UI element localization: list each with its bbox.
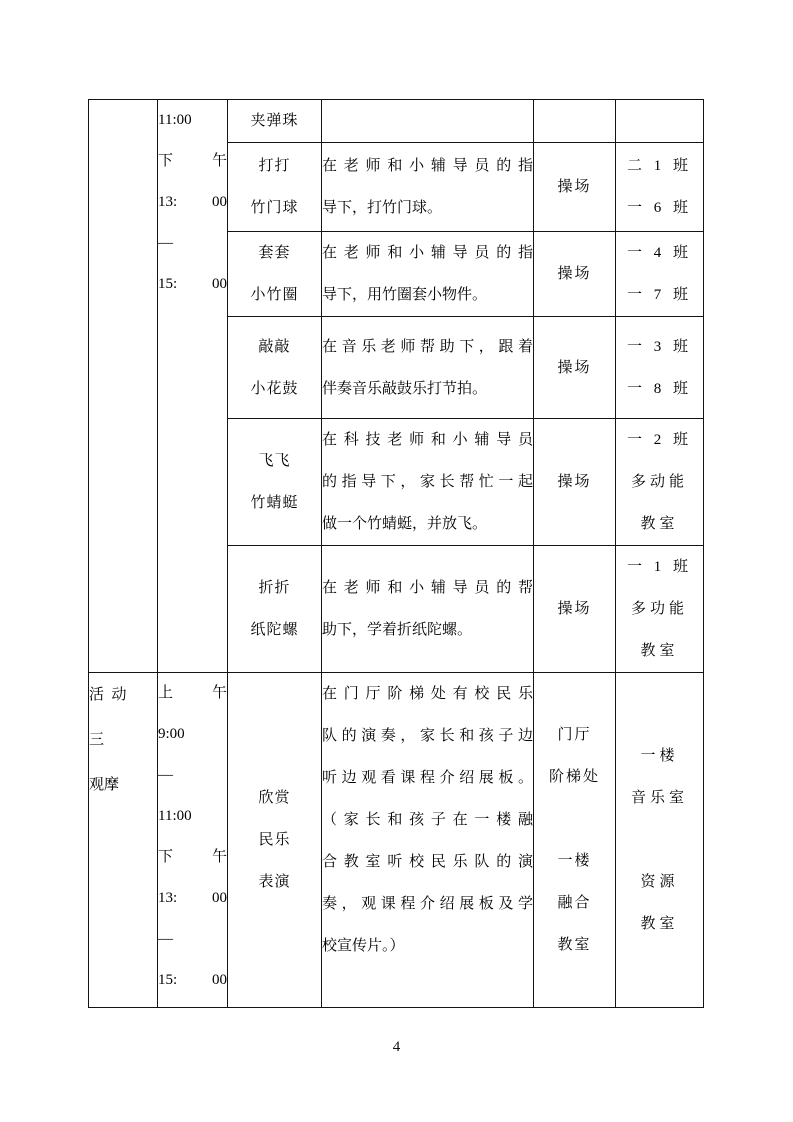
activity-label-cell — [89, 100, 158, 673]
location-text: 操场 — [534, 461, 615, 503]
table-row: 活 动三观摩 上 午9:00—11:00下 午13: 00—15: 00 欣赏民… — [89, 673, 704, 1008]
description-text: 在音乐老师帮助下，跟着伴奏音乐敲鼓乐打节拍。 — [322, 326, 533, 410]
table-row: 11:00下 午13: 00—15: 00 夹弹珠 — [89, 100, 704, 143]
description-cell: 在门厅阶梯处有校民乐队的演奏，家长和孩子边听边观看课程介绍展板。（家长和孩子在一… — [322, 673, 534, 1008]
item-name-text: 夹弹珠 — [228, 100, 321, 142]
location-cell: 操场 — [534, 317, 616, 419]
item-name-text: 敲敲小花鼓 — [228, 326, 321, 410]
location-cell — [534, 100, 616, 143]
classes-cell: 一 3 班一 8 班 — [616, 317, 704, 419]
classes-text: 一 1 班多功能教室 — [616, 546, 703, 672]
classes-cell — [616, 100, 704, 143]
classes-text: 二 1 班一 6 班 — [616, 145, 703, 229]
page-number: 4 — [0, 1038, 793, 1056]
description-cell: 在音乐老师帮助下，跟着伴奏音乐敲鼓乐打节拍。 — [322, 317, 534, 419]
description-text: 在老师和小辅导员的帮助下，学着折纸陀螺。 — [322, 567, 533, 651]
description-cell: 在科技老师和小辅导员的指导下，家长帮忙一起做一个竹蜻蜓，并放飞。 — [322, 419, 534, 546]
item-name-cell: 套套小竹圈 — [228, 232, 322, 317]
location-text: 门厅阶梯处一楼融合教室 — [534, 714, 615, 966]
description-cell — [322, 100, 534, 143]
classes-cell: 一楼音乐室资源教室 — [616, 673, 704, 1008]
description-cell: 在老师和小辅导员的指导下，用竹圈套小物件。 — [322, 232, 534, 317]
location-text: 操场 — [534, 166, 615, 208]
item-name-cell: 飞飞竹蜻蜓 — [228, 419, 322, 546]
classes-text: 一 3 班一 8 班 — [616, 326, 703, 410]
time-text: 11:00下 午13: 00—15: 00 — [158, 100, 227, 305]
location-text: 操场 — [534, 253, 615, 295]
classes-text: 一楼音乐室资源教室 — [616, 735, 703, 945]
classes-cell: 一 2 班多动能教室 — [616, 419, 704, 546]
item-name-text: 套套小竹圈 — [228, 232, 321, 316]
item-name-cell: 敲敲小花鼓 — [228, 317, 322, 419]
time-cell: 11:00下 午13: 00—15: 00 — [158, 100, 228, 673]
activity-schedule-table: 11:00下 午13: 00—15: 00 夹弹珠 打打竹门球 — [88, 99, 704, 1008]
item-name-text: 飞飞竹蜻蜓 — [228, 440, 321, 524]
classes-text: 一 2 班多动能教室 — [616, 419, 703, 545]
location-text: 操场 — [534, 347, 615, 389]
classes-cell: 一 4 班一 7 班 — [616, 232, 704, 317]
classes-cell: 一 1 班多功能教室 — [616, 546, 704, 673]
item-name-cell: 欣赏民乐表演 — [228, 673, 322, 1008]
location-cell: 操场 — [534, 143, 616, 232]
item-name-cell: 打打竹门球 — [228, 143, 322, 232]
description-text: 在老师和小辅导员的指导下，用竹圈套小物件。 — [322, 232, 533, 316]
classes-text: 一 4 班一 7 班 — [616, 232, 703, 316]
classes-cell: 二 1 班一 6 班 — [616, 143, 704, 232]
item-name-cell: 夹弹珠 — [228, 100, 322, 143]
activity-label-text: 活 动三观摩 — [89, 673, 157, 808]
document-page: 11:00下 午13: 00—15: 00 夹弹珠 打打竹门球 — [0, 0, 793, 1122]
description-text: 在门厅阶梯处有校民乐队的演奏，家长和孩子边听边观看课程介绍展板。（家长和孩子在一… — [322, 673, 533, 967]
location-cell: 操场 — [534, 546, 616, 673]
item-name-cell: 折折纸陀螺 — [228, 546, 322, 673]
location-text: 操场 — [534, 588, 615, 630]
time-text: 上 午9:00—11:00下 午13: 00—15: 00 — [158, 673, 227, 1001]
item-name-text: 打打竹门球 — [228, 145, 321, 229]
location-cell: 门厅阶梯处一楼融合教室 — [534, 673, 616, 1008]
item-name-text: 欣赏民乐表演 — [228, 777, 321, 903]
description-cell: 在老师和小辅导员的指导下，打竹门球。 — [322, 143, 534, 232]
description-text: 在老师和小辅导员的指导下，打竹门球。 — [322, 145, 533, 229]
description-text: 在科技老师和小辅导员的指导下，家长帮忙一起做一个竹蜻蜓，并放飞。 — [322, 419, 533, 545]
time-cell: 上 午9:00—11:00下 午13: 00—15: 00 — [158, 673, 228, 1008]
location-cell: 操场 — [534, 419, 616, 546]
activity-label-cell: 活 动三观摩 — [89, 673, 158, 1008]
description-cell: 在老师和小辅导员的帮助下，学着折纸陀螺。 — [322, 546, 534, 673]
location-cell: 操场 — [534, 232, 616, 317]
item-name-text: 折折纸陀螺 — [228, 567, 321, 651]
